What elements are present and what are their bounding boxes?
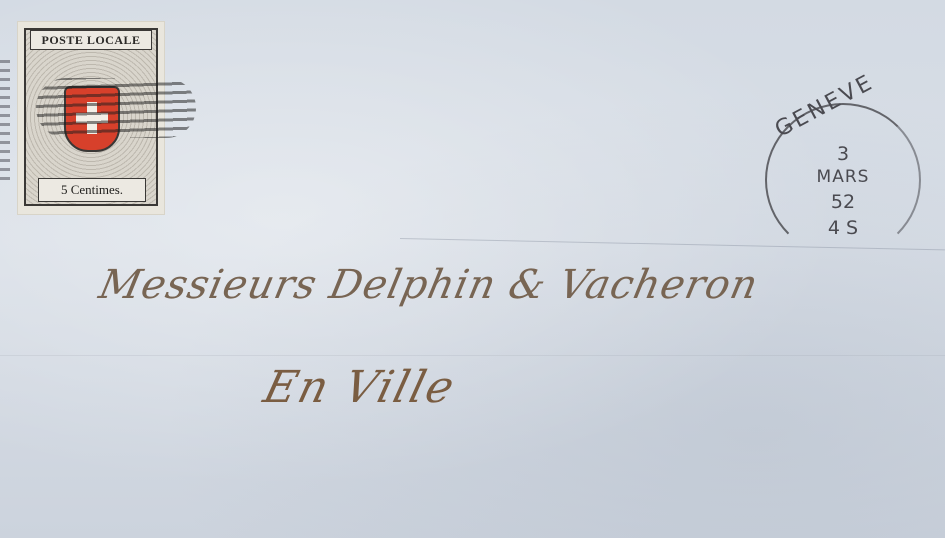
address-line-1: Messieurs Delphin & Vacheron bbox=[95, 262, 762, 308]
stamp-top-label: POSTE LOCALE bbox=[30, 30, 152, 50]
margin-annotation bbox=[0, 60, 10, 180]
postmark: GENEVE 3 MARS 52 4 S bbox=[765, 103, 921, 257]
postmark-hour: 4 S bbox=[767, 217, 919, 239]
postmark-month: MARS bbox=[767, 167, 919, 187]
postmark-city: GENEVE bbox=[771, 70, 878, 143]
paper-crease bbox=[0, 355, 945, 356]
postmark-day: 3 bbox=[767, 143, 919, 165]
postmark-year: 52 bbox=[767, 191, 919, 213]
envelope-cover: POSTE LOCALE 5 Centimes. GENEVE 3 MARS 5… bbox=[0, 0, 945, 538]
address-line-2: En Ville bbox=[259, 362, 461, 413]
postage-stamp: POSTE LOCALE 5 Centimes. bbox=[18, 22, 164, 214]
grid-cancellation-mark bbox=[36, 78, 196, 138]
stamp-value-label: 5 Centimes. bbox=[38, 178, 146, 202]
